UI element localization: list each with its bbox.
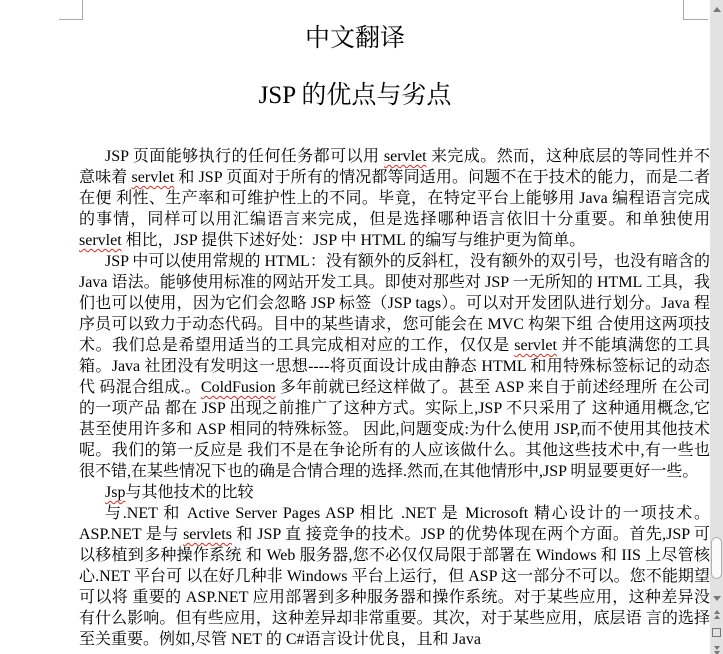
text-run: 与其他技术的比较 <box>125 484 253 501</box>
double-up-icon <box>714 615 720 619</box>
text-run: 相比，JSP 提供下述好处：JSP 中 HTML 的编写与维护更为简单。 <box>122 232 586 249</box>
misspelled-word: ColdFusion <box>201 379 276 396</box>
document-title: 中文翻译 <box>0 25 710 53</box>
select-browse-object-button[interactable] <box>710 626 723 639</box>
paragraph-3-heading: Jsp与其他技术的比较 <box>79 482 710 503</box>
misspelled-word: servlets <box>183 526 232 543</box>
misspelled-word: servlet <box>514 337 557 354</box>
next-page-button[interactable] <box>710 644 723 654</box>
misspelled-word: servlet <box>132 169 175 186</box>
misspelled-word: servlet <box>384 148 427 165</box>
double-up-icon <box>714 610 720 614</box>
crop-mark-top-left <box>82 0 83 19</box>
crop-mark-top-left <box>59 19 83 20</box>
paragraph-2: JSP 中可以使用常规的 HTML：没有额外的反斜杠，没有额外的双引号，也没有暗… <box>79 251 710 482</box>
scroll-down-icon <box>713 596 721 601</box>
vertical-scrollbar[interactable] <box>710 0 723 654</box>
double-down-icon <box>714 646 720 650</box>
paragraph-1: JSP 页面能够执行的任何任务都可以用 servlet 来完成。然而，这种底层的… <box>79 146 710 251</box>
misspelled-word: Jsp <box>105 484 125 501</box>
document-subtitle: JSP 的优点与劣点 <box>0 82 710 110</box>
text-run: 和 JSP 页面对于所有的情况都等同适用。问题不在于技术的能力，而是二者在便 利… <box>79 169 710 228</box>
scroll-up-button[interactable] <box>710 3 723 16</box>
scroll-up-icon <box>713 7 721 12</box>
crop-mark-top-right <box>683 19 708 20</box>
document-body: JSP 页面能够执行的任何任务都可以用 servlet 来完成。然而，这种底层的… <box>79 146 710 650</box>
scrollbar-thumb[interactable] <box>711 537 722 579</box>
crop-mark-top-right <box>683 0 684 19</box>
text-run: 和 JSP 直 接竞争的技术。JSP 的优势体现在两个方面。首先,JSP 可以移… <box>79 526 710 648</box>
document-page: 中文翻译 JSP 的优点与劣点 JSP 页面能够执行的任何任务都可以用 serv… <box>0 0 723 654</box>
misspelled-word: servlet <box>79 232 122 249</box>
paragraph-4: 与.NET 和 Active Server Pages ASP 相比 .NET … <box>79 503 710 650</box>
text-run: JSP 页面能够执行的任何任务都可以用 <box>105 148 384 165</box>
previous-page-button[interactable] <box>710 608 723 621</box>
scroll-down-button[interactable] <box>710 592 723 605</box>
browse-object-icon <box>712 628 721 637</box>
